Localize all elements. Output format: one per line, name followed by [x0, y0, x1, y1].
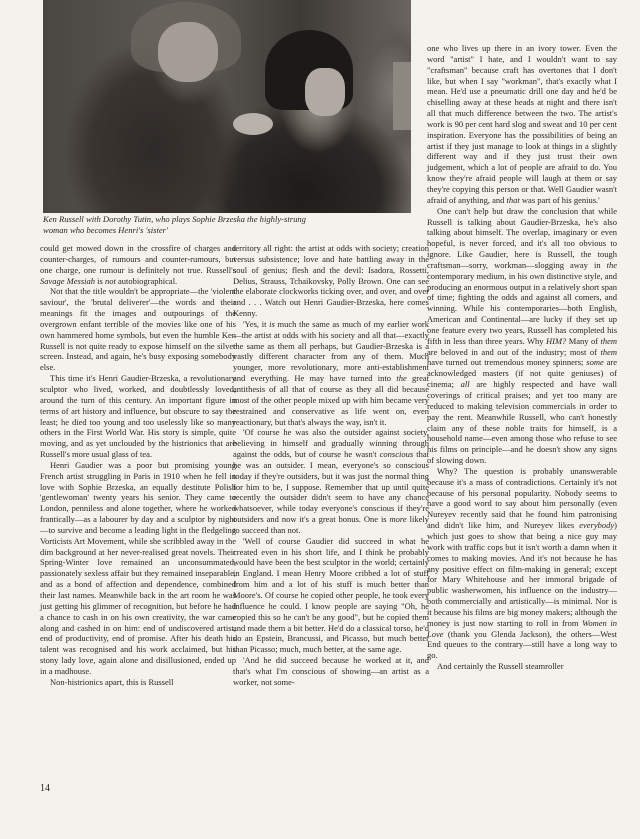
paragraph: 'Well of course Gaudier did succeed in w…: [233, 536, 429, 655]
paragraph: 'Yes, it is much the same as much of my …: [233, 319, 429, 427]
film-still-photo: [43, 0, 411, 213]
emphasis: that: [507, 195, 520, 205]
paragraph: 'Of course he was also the outsider agai…: [233, 427, 429, 535]
text: One can't help but draw the conclusion t…: [427, 206, 617, 270]
text: one who lives up there in an ivory tower…: [427, 43, 617, 205]
paragraph: One can't help but draw the conclusion t…: [427, 206, 617, 466]
article-column-2: territory all right: the artist at odds …: [233, 243, 429, 688]
emphasis: HIM?: [546, 336, 566, 346]
paragraph: Not that the title wouldn't be appropria…: [40, 286, 236, 373]
photo-detail: [393, 62, 411, 130]
photo-caption: Ken Russell with Dorothy Tutin, who play…: [43, 214, 423, 236]
text: was part of his genius.': [520, 195, 600, 205]
article-column-1: could get mowed down in the crossfire of…: [40, 243, 236, 688]
text: is: [95, 276, 105, 286]
paragraph: could get mowed down in the crossfire of…: [40, 243, 236, 286]
photo-detail: [158, 22, 218, 82]
photo-detail: [233, 113, 273, 135]
emphasis: not: [105, 276, 116, 286]
emphasis: them: [600, 336, 617, 346]
emphasis: some: [586, 357, 603, 367]
paragraph: one who lives up there in an ivory tower…: [427, 43, 617, 206]
text: could get mowed down in the crossfire of…: [40, 243, 236, 275]
text: (thank you Glenda Jackson), the others—W…: [427, 629, 617, 661]
text: are beloved in and out of the industry; …: [427, 347, 600, 357]
text: autobiographical.: [116, 276, 177, 286]
paragraph: 'And he did succeed because he worked at…: [233, 655, 429, 688]
paragraph: This time it's Henri Gaudier-Brzeska, a …: [40, 373, 236, 460]
photo-detail: [305, 68, 345, 116]
text: 'Yes, it: [243, 319, 269, 329]
emphasis: more: [390, 514, 407, 524]
caption-line: woman who becomes Henri's 'sister': [43, 225, 168, 235]
text: Many of: [566, 336, 600, 346]
paragraph: Non-histrionics apart, this is Russell: [40, 677, 236, 688]
emphasis: everybody: [579, 520, 614, 530]
text: are highly respected and have wall cover…: [427, 379, 617, 465]
paragraph: Why? The question is probably unanswerab…: [427, 466, 617, 661]
caption-line: Ken Russell with Dorothy Tutin, who play…: [43, 214, 306, 224]
emphasis: all: [461, 379, 470, 389]
film-title: Savage Messiah: [40, 276, 95, 286]
paragraph: And certainly the Russell steamroller: [427, 661, 617, 672]
text: contemporary medium, in his own distinct…: [427, 271, 617, 346]
paragraph: territory all right: the artist at odds …: [233, 243, 429, 319]
article-column-3: one who lives up there in an ivory tower…: [427, 43, 617, 672]
text: that he was an outsider. I mean, everyon…: [233, 449, 429, 524]
paragraph: Henri Gaudier was a poor but promising y…: [40, 460, 236, 677]
emphasis: the: [396, 373, 406, 383]
emphasis: the: [607, 260, 617, 270]
emphasis: conscious: [380, 449, 414, 459]
emphasis: them: [600, 347, 617, 357]
text: have turned out tremendous money spinner…: [427, 357, 586, 367]
page-number: 14: [40, 783, 50, 794]
text: ) which just goes to show that being a n…: [427, 520, 617, 628]
